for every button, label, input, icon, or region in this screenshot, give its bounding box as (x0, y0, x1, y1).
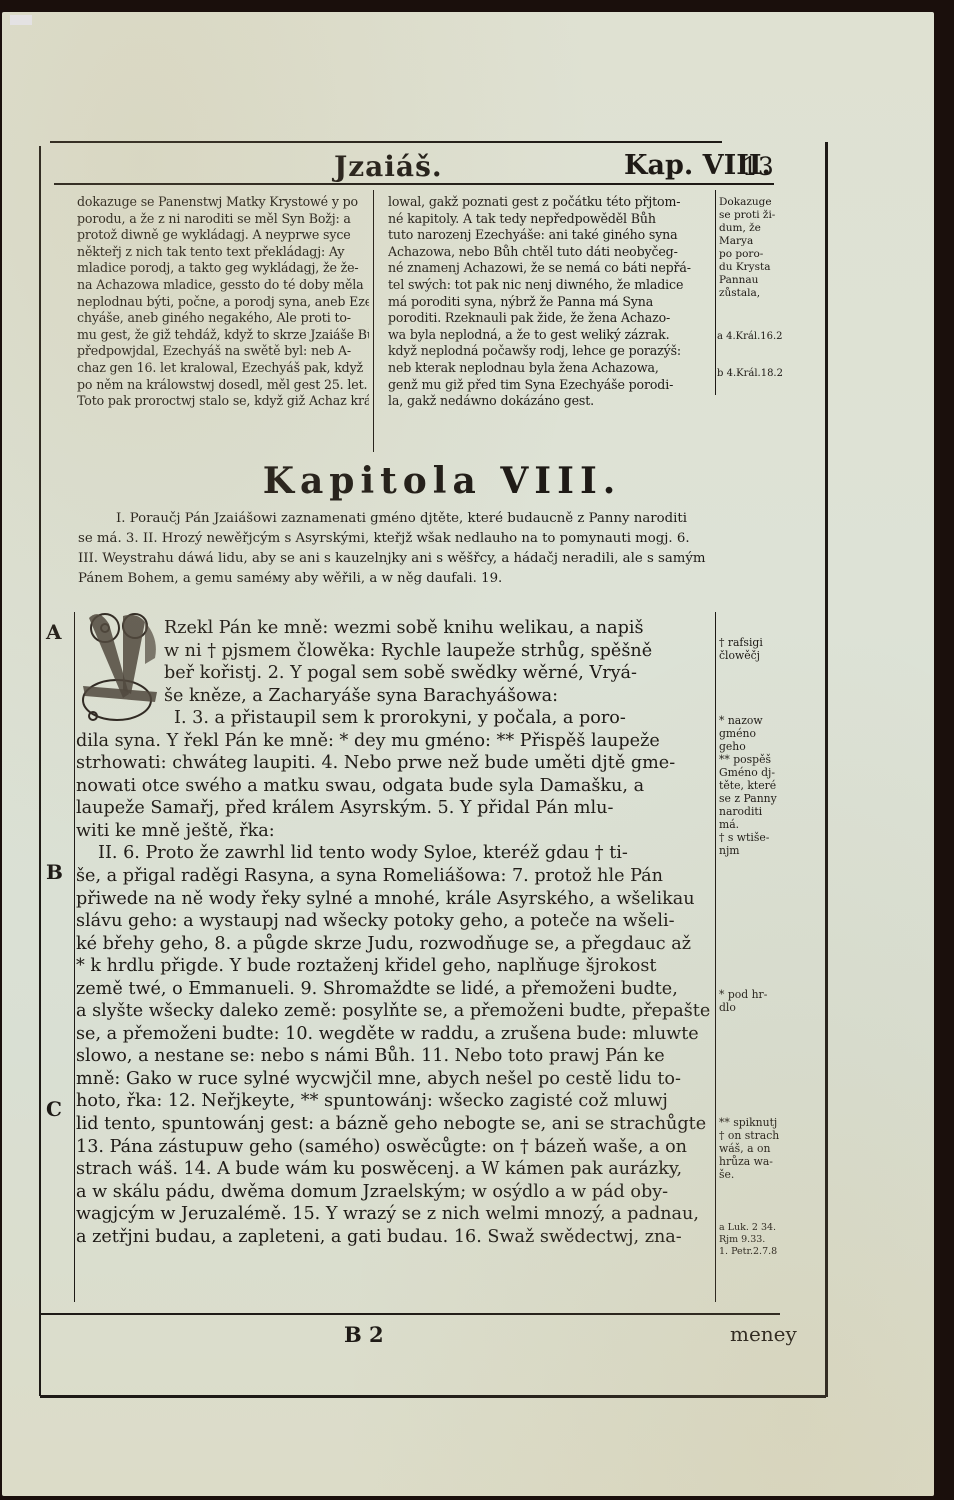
note-line: Marya (719, 235, 819, 248)
note-line: Rjm 9.33. (719, 1234, 819, 1246)
text-line: Achazowa, nebo Bůh chtěl tuto dáti neoby… (388, 244, 712, 261)
section-letter-c: C (46, 1097, 62, 1121)
page-scan: Jzaiáš. Kap. VIII. 13 dokazuge se Panens… (2, 12, 934, 1496)
text-line: né znamenj Achazowi, že se nemá co báti … (388, 260, 712, 277)
footer-rule (40, 1313, 780, 1315)
note-line: člowěčj (719, 649, 819, 662)
column-divider (373, 190, 374, 452)
verse-line: laupeže Samařj, před králem Asyrským. 5.… (76, 797, 716, 820)
margin-note-commentary: Dokazuge se proti ži- dum, že Marya po p… (719, 196, 819, 300)
margin-note: * nazow gméno geho ** pospěš Gméno dj- t… (719, 714, 819, 857)
cross-reference: a 4.Král.16.2 (717, 331, 783, 342)
book-title: Jzaiáš. (334, 150, 443, 183)
margin-divider-top (715, 190, 716, 395)
summary-line: se má. 3. II. Hrozý newěřjcým s Asyrským… (78, 529, 714, 549)
note-line: njm (719, 844, 819, 857)
verse-line: hoto, řka: 12. Neřjkeyte, ** spuntowánj:… (76, 1090, 716, 1113)
signature-mark: B 2 (344, 1322, 384, 1347)
note-line: † on strach (719, 1129, 819, 1142)
verse-line: beř kořistj. 2. Y pogal sem sobě swědky … (76, 662, 716, 685)
verse-line: wagjcým w Jeruzalémě. 15. Y wrazý se z n… (76, 1203, 716, 1226)
text-line: tel swých: tot pak nic nenj diwného, že … (388, 277, 712, 294)
note-line: těte, které (719, 779, 819, 792)
text-line: někteřj z nich tak tento text překládagj… (77, 244, 369, 261)
note-line: Gméno dj- (719, 766, 819, 779)
note-line: * nazow (719, 714, 819, 727)
verse-line: strach wáš. 14. A bude wám ku poswěcenj.… (76, 1158, 716, 1181)
margin-cross-reference: a Luk. 2 34. Rjm 9.33. 1. Petr.2.7.8 (719, 1222, 819, 1258)
note-line: a Luk. 2 34. (719, 1222, 819, 1234)
text-line: mu gest, že giž tehdáž, když to skrze Jz… (77, 327, 369, 344)
note-line: hrůza wa- (719, 1155, 819, 1168)
section-letter-b: B (46, 860, 63, 884)
note-line: se z Panny (719, 792, 819, 805)
note-line: naroditi (719, 805, 819, 818)
text-line: protož diwně ge wykládagj. A neyprwe syc… (77, 227, 369, 244)
verse-line: a slyšte wšecky daleko země: posylňte se… (76, 1000, 716, 1023)
verse-line: lid tento, spuntowánj gest: a bázně geho… (76, 1113, 716, 1136)
verse-line: strhowati: chwáteg laupiti. 4. Nebo prwe… (76, 752, 716, 775)
verse-line: še kněze, a Zacharyáše syna Barachyášowa… (76, 685, 716, 708)
note-line: wáš, a on (719, 1142, 819, 1155)
text-line: né kapitoly. A tak tedy nepředpowěděl Bů… (388, 211, 712, 228)
verse-line: witi ke mně ještě, řka: (76, 820, 716, 843)
verse-line: 13. Pána zástupuw geho (samého) oswěcůgt… (76, 1136, 716, 1159)
text-line: wa byla neplodná, a že to gest weliký zá… (388, 327, 712, 344)
text-line: lowal, gakž poznati gest z počátku této … (388, 194, 712, 211)
verse-line: I. 3. a přistaupil sem k prorokyni, y po… (76, 707, 716, 730)
verse-line: země twé, o Emmanueli. 9. Shromaždte se … (76, 978, 716, 1001)
note-line: † s wtiše- (719, 831, 819, 844)
catchword: meney (730, 1322, 797, 1346)
text-line: na Achazowa mladice, gessto do té doby m… (77, 277, 369, 294)
margin-note: † rafsigi člowěčj (719, 636, 819, 662)
text-line: mladice porodj, a takto geg wykládagj, ž… (77, 260, 369, 277)
chapter-summary: I. Poraučj Pán Jzaiášowi zaznamenati gmé… (78, 509, 714, 589)
verse-line: dila syna. Y řekl Pán ke mně: * dey mu g… (76, 730, 716, 753)
right-frame-rule (825, 142, 828, 1397)
verse-line: * k hrdlu přigde. Y bude roztaženj křide… (76, 955, 716, 978)
note-line: zůstala, (719, 287, 819, 300)
summary-line: III. Weystrahu dáwá lidu, aby se ani s k… (78, 549, 714, 569)
page-footer: B 2 meney (42, 1322, 822, 1352)
text-line: poroditi. Rzeknauli pak žide, že žena Ac… (388, 310, 712, 327)
page-number: 13 (742, 152, 774, 181)
text-line: chaz gen 16. let kralowal, Ezechyáš pak,… (77, 360, 369, 377)
verse-line: a w skálu pádu, dwěma domum Jzraelským; … (76, 1181, 716, 1204)
verse-line: mně: Gako w ruce sylné wycwjčil mne, aby… (76, 1068, 716, 1091)
note-line: gméno (719, 727, 819, 740)
text-line: neplodnau býti, počne, a porodj syna, an… (77, 294, 369, 311)
note-line: má. (719, 818, 819, 831)
chapter-title: Kapitola VIII. (232, 460, 652, 502)
bottom-frame-rule (40, 1395, 826, 1398)
note-line: du Krysta (719, 261, 819, 274)
text-line: Toto pak proroctwj stalo se, když giž Ac… (77, 393, 369, 410)
verse-line: še, a přigal raděgi Rasyna, a syna Romel… (76, 865, 716, 888)
text-line: po něm na králowstwj dosedl, měl gest 25… (77, 377, 369, 394)
commentary-left-column: dokazuge se Panenstwj Matky Krystowé y p… (77, 194, 369, 410)
verse-line: přiwede na ně wody řeky sylné a mnohé, k… (76, 888, 716, 911)
text-line: dokazuge se Panenstwj Matky Krystowé y p… (77, 194, 369, 211)
verse-line: a zetřjni budau, a zapleteni, a gati bud… (76, 1226, 716, 1249)
note-line: dum, že (719, 222, 819, 235)
text-line: tuto narozenj Ezechyáše: ani také giného… (388, 227, 712, 244)
left-frame-rule (39, 146, 41, 1396)
note-line: Pannau (719, 274, 819, 287)
running-head: Jzaiáš. Kap. VIII. 13 (42, 150, 822, 182)
top-rule (50, 141, 722, 143)
note-line: Dokazuge (719, 196, 819, 209)
summary-line: Pánem Bohem, a gemu saméму aby wěřili, a… (78, 569, 714, 589)
verse-line: II. 6. Proto že zawrhl lid tento wody Sy… (76, 842, 716, 865)
verse-line: Rzekl Pán ke mně: wezmi sobě knihu welik… (76, 617, 716, 640)
cross-reference: b 4.Král.18.2 (717, 368, 783, 379)
text-line: když neplodná počawšy rodj, lehce ge por… (388, 343, 712, 360)
verse-line: nowati otce swého a matku swau, odgata b… (76, 775, 716, 798)
note-line: po poro- (719, 248, 819, 261)
note-line: 1. Petr.2.7.8 (719, 1246, 819, 1258)
note-line: ** pospěš (719, 753, 819, 766)
text-line: neb kterak neplodnau byla žena Achazowa, (388, 360, 712, 377)
note-line: ** spiknutj (719, 1116, 819, 1129)
note-line: dlo (719, 1001, 819, 1014)
scripture-text: Rzekl Pán ke mně: wezmi sobě knihu welik… (76, 617, 716, 1248)
text-line: má poroditi syna, nýbrž že Panna má Syna (388, 294, 712, 311)
note-line: * pod hr- (719, 988, 819, 1001)
text-line: porodu, a že z ni naroditi se měl Syn Bo… (77, 211, 369, 228)
commentary-right-column: lowal, gakž poznati gest z počátku této … (388, 194, 712, 410)
section-letter-a: A (46, 620, 62, 644)
verse-line: slávu geho: a wystaupj nad wšecky potoky… (76, 910, 716, 933)
verse-line: se, a přemoženi budte: 10. wegděte w rad… (76, 1023, 716, 1046)
margin-note: * pod hr- dlo (719, 988, 819, 1014)
note-line: se proti ži- (719, 209, 819, 222)
text-line: předpowjdal, Ezechyáš na swětě byl: neb … (77, 343, 369, 360)
text-line: la, gakž nedáwno dokázáno gest. (388, 393, 712, 410)
note-line: † rafsigi (719, 636, 819, 649)
note-line: geho (719, 740, 819, 753)
verse-line: w ni † pjsmem člowěka: Rychle laupeže st… (76, 640, 716, 663)
text-line: genž mu giž před tim Syna Ezechyáše poro… (388, 377, 712, 394)
margin-note: ** spiknutj † on strach wáš, a on hrůza … (719, 1116, 819, 1181)
summary-line: I. Poraučj Pán Jzaiášowi zaznamenati gmé… (78, 509, 714, 529)
verse-line: slowo, a nestane se: nebo s námi Bůh. 11… (76, 1045, 716, 1068)
text-line: chyáše, aneb giného negakého, Ale proti … (77, 310, 369, 327)
header-rule (54, 183, 774, 185)
verse-line: ké břehy geho, 8. a půgde skrze Judu, ro… (76, 933, 716, 956)
bookmark-tab (10, 15, 32, 25)
note-line: še. (719, 1168, 819, 1181)
